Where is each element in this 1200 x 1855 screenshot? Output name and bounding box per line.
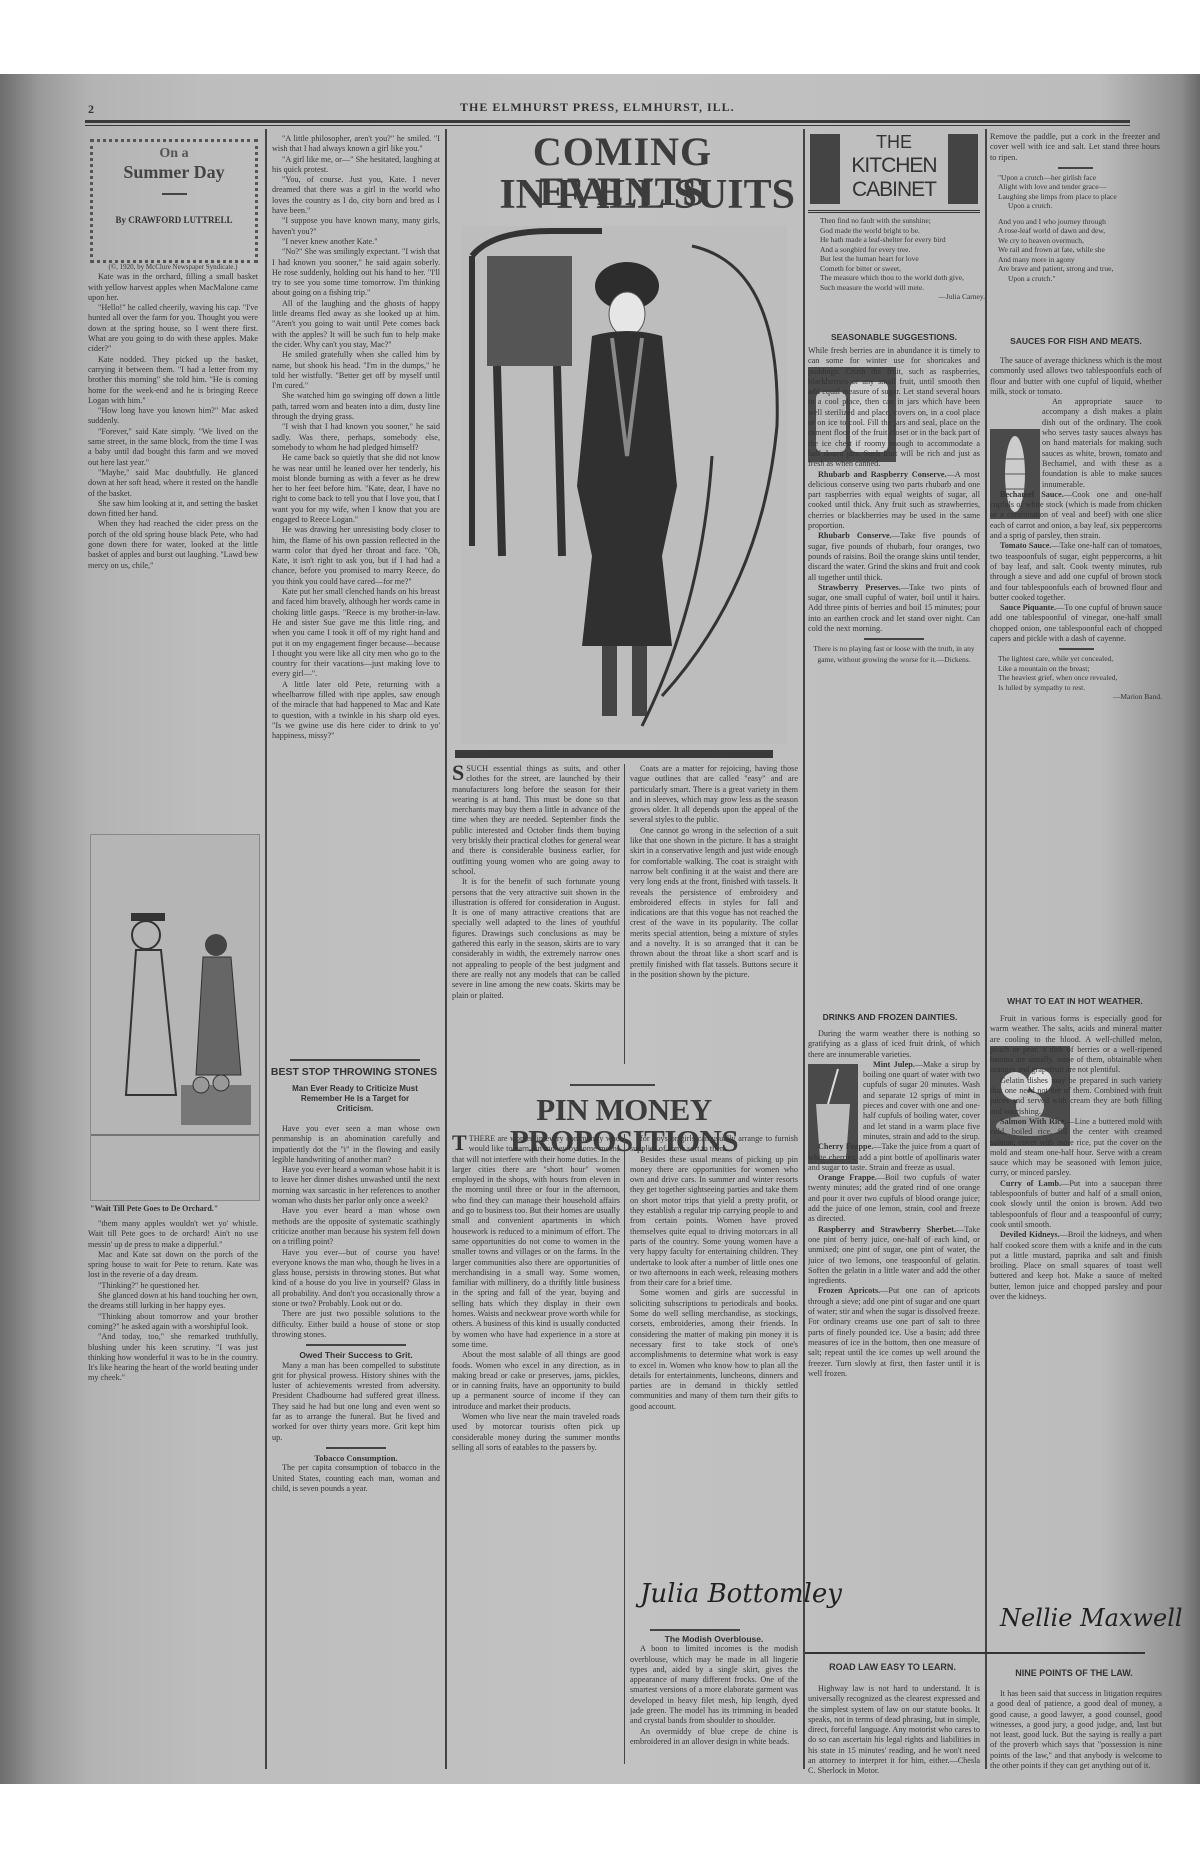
hot-weather-column: Fruit in various forms is especially goo… — [990, 1014, 1162, 1594]
cabinet-right-icon — [948, 134, 978, 204]
verse-line: Is lulled by sympathy to rest. — [998, 683, 1162, 693]
pin-money-paragraph: About the most salable of all things are… — [452, 1350, 620, 1412]
poem-attribution: —Julia Carney. — [820, 292, 985, 302]
road-law-paragraph: Highway law is not hard to understand. I… — [808, 1684, 980, 1774]
pin-money-paragraph: Besides these usual means of picking up … — [630, 1155, 798, 1289]
drop-cap: S — [452, 764, 464, 782]
page-number: 2 — [88, 102, 95, 117]
poem-line: Are brave and patient, strong and true, — [998, 264, 1160, 274]
story-paragraph: "Hello!" he called cheerily, waving his … — [88, 303, 258, 354]
recipe: Sauce Piquante.—To one cupful of brown s… — [990, 603, 1162, 644]
story-paragraph: When they had reached the cider press on… — [88, 519, 258, 570]
photo-bottom-bar — [455, 750, 773, 758]
poem-line: Alight with love and tender grace— — [998, 182, 1160, 192]
paragraph-text: SUCH essential things as suits, and othe… — [452, 764, 620, 876]
drinks-headline: DRINKS AND FROZEN DAINTIES. — [800, 1012, 980, 1022]
hot-weather-paragraph: Gelatin dishes may be prepared in such v… — [990, 1076, 1162, 1117]
title-rule — [162, 193, 187, 195]
poem-line: The measure which thou to the world doth… — [820, 273, 985, 283]
recipe-text: Put one can of apricots through a sieve;… — [808, 1286, 980, 1377]
grit-headline: Owed Their Success to Grit. — [272, 1350, 440, 1360]
seasonable-paragraph: While fresh berries are in abundance it … — [808, 346, 980, 470]
recipe-name: Sauce Piquante. — [1000, 603, 1056, 612]
column-divider — [803, 129, 805, 1769]
poem-line: Laughing she limps from place to place — [998, 192, 1160, 202]
nine-points-paragraph: It has been said that success in litigat… — [990, 1689, 1162, 1771]
recipe-name: Tomato Sauce. — [1000, 541, 1051, 550]
story-title-box: On a Summer Day By CRAWFORD LUTTRELL — [90, 139, 258, 263]
pin-money-column-a: TTHERE are women in every community who … — [452, 1134, 620, 1764]
seasonable-column: While fresh berries are in abundance it … — [808, 346, 980, 1006]
farm-scene-icon — [91, 835, 259, 1200]
hot-weather-headline: WHAT TO EAT IN HOT WEATHER. — [985, 996, 1165, 1006]
fall-suits-paragraph: One cannot go wrong in the selection of … — [630, 826, 798, 980]
story-paragraph: "Maybe," said Mac doubtfully. He glanced… — [88, 468, 258, 499]
sauces-column: The sauce of average thickness which is … — [990, 356, 1162, 916]
kitchen-poem: Then find no fault with the sunshine; Go… — [812, 216, 985, 326]
poem-line: We rail and frown at fate, while she — [998, 245, 1160, 255]
story-paragraph: "You, of course. Just you, Kate. I never… — [272, 175, 440, 216]
sauces-headline: SAUCES FOR FISH AND MEATS. — [990, 336, 1162, 346]
paragraph-text: THERE are women in every community who w… — [452, 1134, 620, 1349]
dickens-quote: There is no playing fast or loose with t… — [808, 644, 980, 665]
section-rule — [290, 1059, 420, 1061]
fall-suit-photo — [462, 226, 787, 744]
story-title-top: On a — [93, 146, 255, 162]
recipe: Curry of Lamb.—Put into a saucepan three… — [990, 1179, 1162, 1230]
column-divider — [265, 129, 267, 1769]
logo-the: THE — [842, 132, 946, 153]
sympathy-verse: The lightest care, while yet concealed, … — [990, 654, 1162, 702]
recipe: Mint Julep.—Make a sirup by boiling one … — [808, 1060, 980, 1142]
recipe-text: Take one-half can of tomatoes, two teasp… — [990, 541, 1162, 601]
woman-in-suit-icon — [462, 226, 787, 744]
story-paragraph: She watched him go swinging off down a l… — [272, 391, 440, 422]
column-divider — [445, 129, 447, 1769]
stones-paragraph: Have you ever heard a man whose own meth… — [272, 1206, 440, 1247]
fall-suits-column-a: SSUCH essential things as suits, and oth… — [452, 764, 620, 1069]
cabinet-left-icon — [810, 134, 840, 204]
story-paragraph: "them many apples wouldn't wet yo' whist… — [88, 1219, 258, 1250]
recipe: Cherry Frappe.—Take the juice from a qua… — [808, 1142, 980, 1173]
story-paragraph: "Thinking about tomorrow and your brothe… — [88, 1312, 258, 1333]
kitchen-cabinet-logo: THE KITCHEN CABINET — [808, 132, 980, 213]
recipe-name: Cherry Frappe. — [818, 1142, 873, 1151]
recipe: Raspberry and Strawberry Sherbet.—Take o… — [808, 1225, 980, 1287]
story-paragraph: She glanced down at his hand touching he… — [88, 1291, 258, 1312]
recipe-name: Orange Frappe. — [818, 1173, 877, 1182]
recipe-name: Salmon With Rice. — [1000, 1117, 1067, 1126]
story-paragraph: "No?" She was smilingly expectant. "I wi… — [272, 247, 440, 298]
poem-line: "Upon a crutch—her girlish face — [998, 173, 1160, 183]
overblouse-paragraph: A boon to limited incomes is the modish … — [630, 1644, 798, 1726]
nellie-maxwell-signature: Nellie Maxwell — [1000, 1604, 1183, 1632]
section-rule — [1058, 167, 1093, 169]
stones-paragraph: Have you ever—but of course you have! ev… — [272, 1248, 440, 1310]
story-paragraph: He came back so quietly that she did not… — [272, 453, 440, 525]
poem-line: Then find no fault with the sunshine; — [820, 216, 985, 226]
story-paragraph: He was drawing her unresisting body clos… — [272, 525, 440, 587]
story-paragraph: "A girl like me, or—" She hesitated, lau… — [272, 155, 440, 176]
story-paragraph: "I never knew another Kate." — [272, 237, 440, 247]
story-column-1-bottom: "them many apples wouldn't wet yo' whist… — [88, 1219, 258, 1764]
story-column-1-top: (©, 1920, by McClure Newspaper Syndicate… — [88, 262, 258, 822]
masthead-title: THE ELMHURST PRESS, ELMHURST, ILL. — [460, 100, 735, 115]
story-paragraph: "How long have you known him?" Mac asked… — [88, 406, 258, 427]
pin-money-paragraph: for boys or girls can usually arrange to… — [630, 1134, 798, 1155]
road-law-headline: ROAD LAW EASY TO LEARN. — [805, 1662, 980, 1672]
recipe: Strawberry Preserves.—Take two pints of … — [808, 583, 980, 634]
overblouse-column: The Modish Overblouse. A boon to limited… — [630, 1634, 798, 1764]
recipe: Deviled Kidneys.—Broil the kidneys, and … — [990, 1230, 1162, 1302]
poem-line: He hath made a leaf-shelter for every bi… — [820, 235, 985, 245]
poem-line: A rose-leaf world of dawn and dew, — [998, 226, 1160, 236]
poem-line: God made the world bright to be. — [820, 226, 985, 236]
story-paragraph: Mac and Kate sat down on the porch of th… — [88, 1250, 258, 1281]
recipe-name: Rhubarb and Raspberry Conserve. — [818, 470, 947, 479]
nine-points-column: It has been said that success in litigat… — [990, 1689, 1162, 1779]
stones-deck: Man Ever Ready to Criticize Must Remembe… — [285, 1084, 425, 1114]
section-rule — [570, 1084, 655, 1086]
story-paragraph: Kate put her small clenched hands on his… — [272, 587, 440, 680]
fall-suits-headline-2: IN FALL SUITS — [450, 174, 795, 216]
sauces-paragraph: The sauce of average thickness which is … — [990, 356, 1162, 397]
logo-cabinet: CABINET — [842, 178, 946, 202]
masthead-rule — [85, 120, 1130, 123]
column-divider — [985, 129, 987, 1769]
drinks-paragraph: During the warm weather there is nothing… — [808, 1029, 980, 1060]
recipe: Frozen Apricots.—Put one can of apricots… — [808, 1286, 980, 1379]
recipe-name: Deviled Kidneys. — [1000, 1230, 1060, 1239]
stones-column: Have you ever seen a man whose own penma… — [272, 1124, 440, 1764]
poem-line: Upon a crutch. — [998, 201, 1160, 211]
recipe-name: Bechamel Sauce. — [1000, 490, 1064, 499]
story-paragraph: Kate nodded. They picked up the basket, … — [88, 355, 258, 406]
recipe-name: Strawberry Preserves. — [818, 583, 901, 592]
recipe-name: Rhubarb Conserve. — [818, 531, 892, 540]
story-paragraph: All of the laughing and the ghosts of ha… — [272, 299, 440, 350]
pin-money-paragraph: Some women and girls are successful in s… — [630, 1288, 798, 1412]
story-paragraph: "Forever," said Kate simply. "We lived o… — [88, 427, 258, 468]
section-rule — [1059, 648, 1094, 650]
masthead-rule-thin — [85, 125, 1130, 126]
tobacco-paragraph: The per capita consumption of tobacco in… — [272, 1463, 440, 1494]
bottom-section-rule — [805, 1652, 1145, 1654]
recipe-name: Mint Julep. — [873, 1060, 915, 1069]
column-divider — [624, 764, 625, 1064]
drop-cap: T — [452, 1134, 467, 1152]
fall-suits-column-b: Coats are a matter for rejoicing, having… — [630, 764, 798, 1069]
story-paragraph: He smiled gratefully when she called him… — [272, 350, 440, 391]
story-paragraph: "I wish that I had known you sooner," he… — [272, 422, 440, 453]
pin-money-paragraph: TTHERE are women in every community who … — [452, 1134, 620, 1350]
nine-points-headline: NINE POINTS OF THE LAW. — [988, 1668, 1160, 1678]
overblouse-headline: The Modish Overblouse. — [630, 1634, 798, 1644]
story-illustration — [90, 834, 260, 1201]
newspaper-page: 2 THE ELMHURST PRESS, ELMHURST, ILL. On … — [0, 74, 1200, 1784]
recipe: Tomato Sauce.—Take one-half can of tomat… — [990, 541, 1162, 603]
story-copyright: (©, 1920, by McClure Newspaper Syndicate… — [88, 262, 258, 272]
story-paragraph: "I suppose you have known many, many gir… — [272, 216, 440, 237]
story-title: Summer Day — [93, 162, 255, 183]
recipe: Salmon With Rice.—Line a buttered mold w… — [990, 1117, 1162, 1179]
grit-paragraph: Many a man has been compelled to substit… — [272, 1361, 440, 1443]
fall-suits-paragraph: It is for the benefit of such fortunate … — [452, 877, 620, 1001]
road-law-column: Highway law is not hard to understand. I… — [808, 1684, 980, 1774]
poem-line: And a songbird for every tree. — [820, 245, 985, 255]
column-divider — [624, 1134, 625, 1764]
story-paragraph: "And today, too," she remarked truthfull… — [88, 1332, 258, 1383]
poem-line: And you and I who journey through — [998, 217, 1160, 227]
poem-line: Upon a crutch." — [998, 274, 1160, 284]
story-byline: By CRAWFORD LUTTRELL — [93, 215, 255, 225]
recipe-text: Broil the kidneys, and when half cooked … — [990, 1230, 1162, 1301]
poem-line: Cometh for bitter or sweet, — [820, 264, 985, 274]
story-paragraph: A little later old Pete, returning with … — [272, 680, 440, 742]
poem-line: But lest the human heart for love — [820, 254, 985, 264]
story-paragraph: Kate was in the orchard, filling a small… — [88, 272, 258, 303]
section-rule — [864, 638, 924, 640]
recipe: Bechamel Sauce.—Cook one and one-half cu… — [990, 490, 1162, 541]
recipe-name: Frozen Apricots. — [818, 1286, 880, 1295]
fall-suits-paragraph: Coats are a matter for rejoicing, having… — [630, 764, 798, 826]
story-paragraph: She saw him looking at it, and setting t… — [88, 499, 258, 520]
stones-paragraph: Have you ever heard a woman whose habit … — [272, 1165, 440, 1206]
recipe: Orange Frappe.—Boil two cupfuls of water… — [808, 1173, 980, 1224]
stones-paragraph: There are just two possible solutions to… — [272, 1309, 440, 1340]
stones-paragraph: Have you ever seen a man whose own penma… — [272, 1124, 440, 1165]
seasonable-headline: SEASONABLE SUGGESTIONS. — [808, 332, 980, 342]
pin-money-column-b: for boys or girls can usually arrange to… — [630, 1134, 798, 1564]
recipe-text: Line a buttered mold with cold, boiled r… — [990, 1117, 1162, 1177]
logo-kitchen: KITCHEN — [842, 154, 946, 178]
pin-money-paragraph: Women who live near the main traveled ro… — [452, 1412, 620, 1453]
tobacco-headline: Tobacco Consumption. — [272, 1453, 440, 1463]
section-rule — [650, 1629, 740, 1631]
recipe-text: Make a sirup by boiling one quart of wat… — [863, 1060, 980, 1141]
poem-line: And many more in agony — [998, 255, 1160, 265]
illustration-caption: "Wait Till Pete Goes to De Orchard." — [90, 1204, 258, 1214]
drinks-column: During the warm weather there is nothing… — [808, 1029, 980, 1609]
hot-weather-paragraph: Fruit in various forms is especially goo… — [990, 1014, 1162, 1076]
story-paragraph: "Thinking?" he questioned her. — [88, 1281, 258, 1291]
verse-line: The heaviest grief, when once revealed, — [998, 673, 1162, 683]
freezer-paragraph: Remove the paddle, put a cork in the fre… — [990, 132, 1160, 163]
overblouse-paragraph: An overmiddy of blue crepe de chine is e… — [630, 1727, 798, 1748]
recipe-name: Raspberry and Strawberry Sherbet. — [818, 1225, 956, 1234]
poem-line: We cry to heaven overmuch, — [998, 236, 1160, 246]
kitchen-column-2-top: Remove the paddle, put a cork in the fre… — [990, 132, 1160, 332]
story-column-2: "A little philosopher, aren't you?" he s… — [272, 134, 440, 1052]
recipe: Rhubarb Conserve.—Take five pounds of su… — [808, 531, 980, 582]
verse-attribution: —Marion Band. — [998, 692, 1162, 702]
stones-headline: BEST STOP THROWING STONES — [268, 1066, 440, 1078]
verse-line: Like a mountain on the breast; — [998, 664, 1162, 674]
sauces-paragraph: An appropriate sauce to accompany a dish… — [990, 397, 1162, 490]
story-paragraph: "A little philosopher, aren't you?" he s… — [272, 134, 440, 155]
poem-line: Such measure the world will mete. — [820, 283, 985, 293]
fall-suits-paragraph: SSUCH essential things as suits, and oth… — [452, 764, 620, 877]
recipe-name: Curry of Lamb. — [1000, 1179, 1061, 1188]
recipe: Rhubarb and Raspberry Conserve.—A most d… — [808, 470, 980, 532]
crutch-poem: "Upon a crutch—her girlish face Alight w… — [990, 173, 1160, 284]
verse-line: The lightest care, while yet concealed, — [998, 654, 1162, 664]
section-rule — [326, 1447, 386, 1449]
section-rule — [306, 1344, 406, 1346]
